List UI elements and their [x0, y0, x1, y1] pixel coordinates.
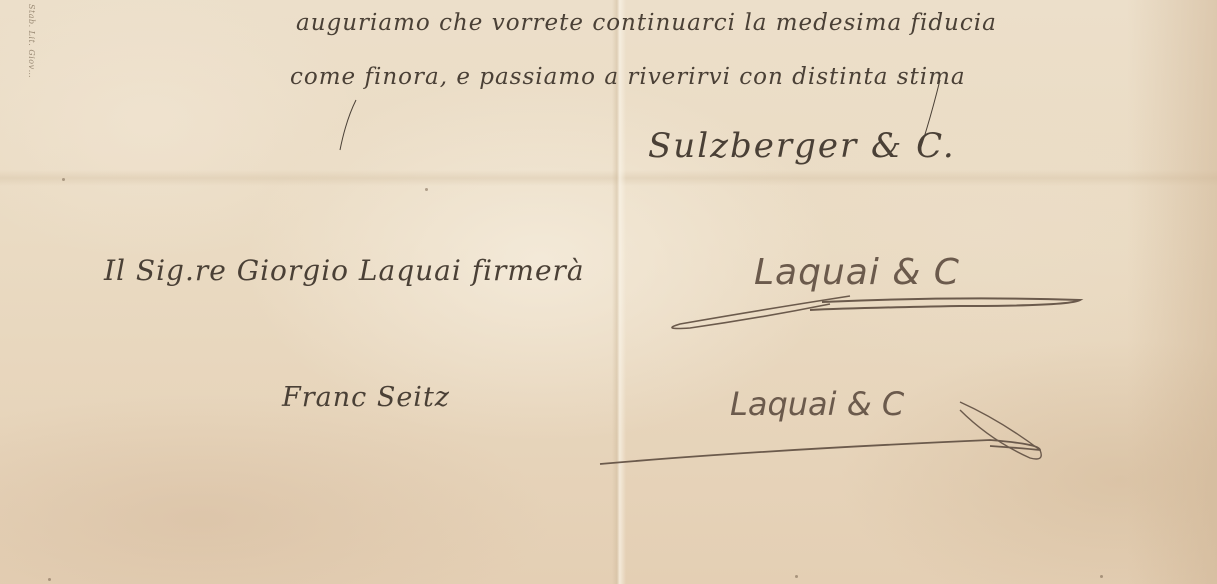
horizontal-fold-crease: [0, 170, 1217, 186]
paper-speckle: [425, 188, 428, 191]
lithographer-imprint: Stab. Lit. Giov…: [27, 4, 36, 78]
signatory-line-2-printed: Franc Seitz: [282, 382, 450, 413]
handwritten-signature-1: Laquai & C: [754, 252, 960, 293]
letter-body-line-2: come finora, e passiamo a riverirvi con …: [290, 64, 966, 90]
letter-body-line-1: auguriamo che vorrete continuarci la med…: [296, 10, 997, 36]
handwritten-signature-2: Laquai & C: [730, 385, 904, 423]
signatory-line-1-printed: Il Sig.re Giorgio Laquai firmerà: [104, 254, 585, 287]
paper-speckle: [48, 578, 51, 581]
paper-edge-shading: [1127, 0, 1217, 584]
paper-speckle: [795, 575, 798, 578]
paper-speckle: [1100, 575, 1103, 578]
firm-signature: Sulzberger & C.: [648, 126, 956, 166]
paper-speckle: [62, 178, 65, 181]
